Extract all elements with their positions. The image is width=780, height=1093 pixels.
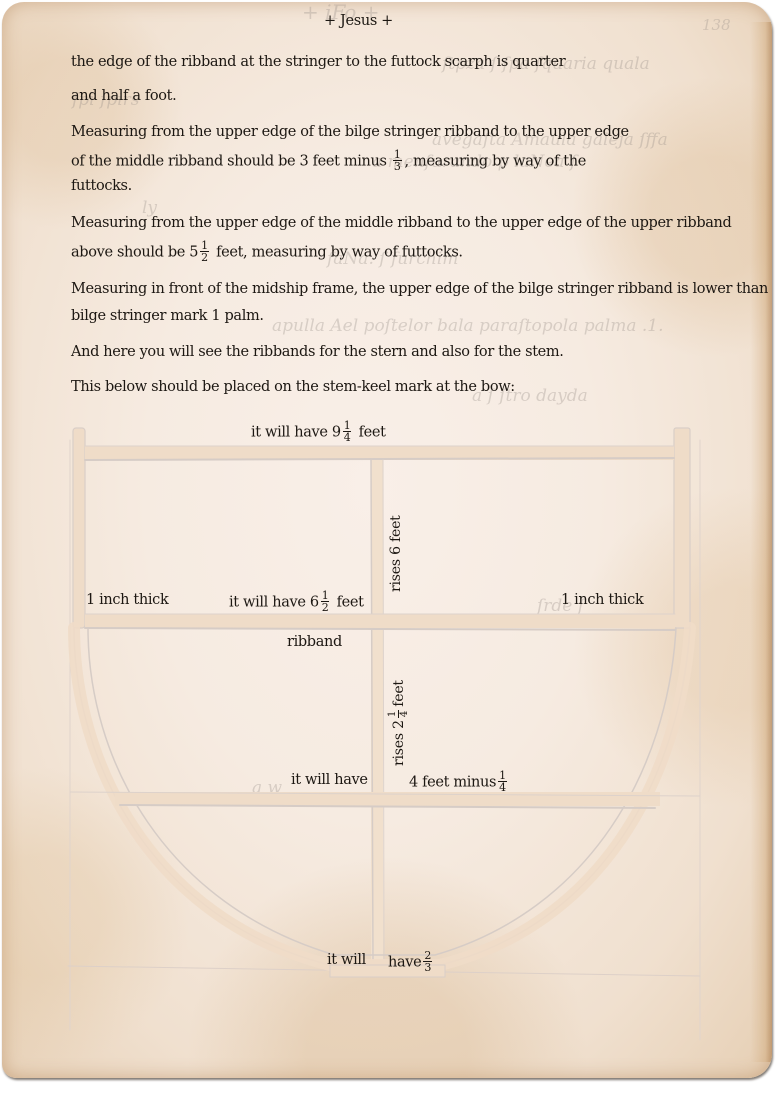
ribband-label: ribband [287, 633, 342, 651]
text-segment: , measuring by way of the [405, 154, 586, 170]
lower-rise-label: rises 214feet [388, 680, 410, 766]
paragraph-6-line-1: This below should be placed on the stem-… [71, 378, 515, 396]
top-width-label: it will have 914 feet [251, 421, 386, 444]
paragraph-2-line-3: futtocks. [71, 177, 132, 195]
fraction: 13 [393, 149, 402, 172]
text-segment: above should be 5 [71, 245, 198, 261]
paragraph-3-line-1: Measuring from the upper edge of the mid… [71, 214, 731, 232]
fraction: 14 [387, 710, 409, 718]
fraction: 14 [498, 770, 507, 793]
paragraph-4-line-2: bilge stringer mark 1 palm. [71, 307, 264, 325]
paragraph-3-line-2: above should be 512 feet, measuring by w… [71, 241, 463, 264]
page-edge-stain [750, 22, 772, 1062]
lower-width-right-label: 4 feet minus14 [409, 771, 510, 794]
paragraph-2-line-2: of the middle ribband should be 3 feet m… [71, 150, 586, 173]
upper-rise-label: rises 6 feet [388, 515, 404, 592]
paragraph-1-line-1: the edge of the ribband at the stringer … [71, 53, 565, 71]
lower-width-left-label: it will have [291, 771, 368, 789]
original-handwriting: a w [252, 778, 282, 798]
paragraph-4-line-1: Measuring in front of the midship frame,… [71, 280, 768, 298]
upper-ribband-width-label: it will have 612 feet [229, 591, 364, 614]
paragraph-1-line-2: and half a foot. [71, 87, 176, 105]
keel-left-label: it will [327, 951, 366, 969]
fraction: 12 [321, 590, 330, 613]
fraction: 14 [343, 420, 352, 443]
fraction: 23 [423, 950, 432, 973]
keel-right-label: have23 [388, 951, 435, 974]
page-header: + Jesus + [324, 12, 393, 30]
original-handwriting: 138 [702, 16, 731, 34]
left-thickness-label: 1 inch thick [86, 591, 168, 609]
text-segment: of the middle ribband should be 3 feet m… [71, 154, 387, 170]
fraction: 12 [200, 240, 209, 263]
paragraph-2-line-1: Measuring from the upper edge of the bil… [71, 123, 629, 141]
original-handwriting: apulla Ael poſtelor bala paraſtopola pal… [272, 316, 664, 336]
text-segment: feet, measuring by way of futtocks. [216, 245, 463, 261]
right-thickness-label: 1 inch thick [561, 591, 643, 609]
paragraph-5-line-1: And here you will see the ribbands for t… [71, 343, 564, 361]
